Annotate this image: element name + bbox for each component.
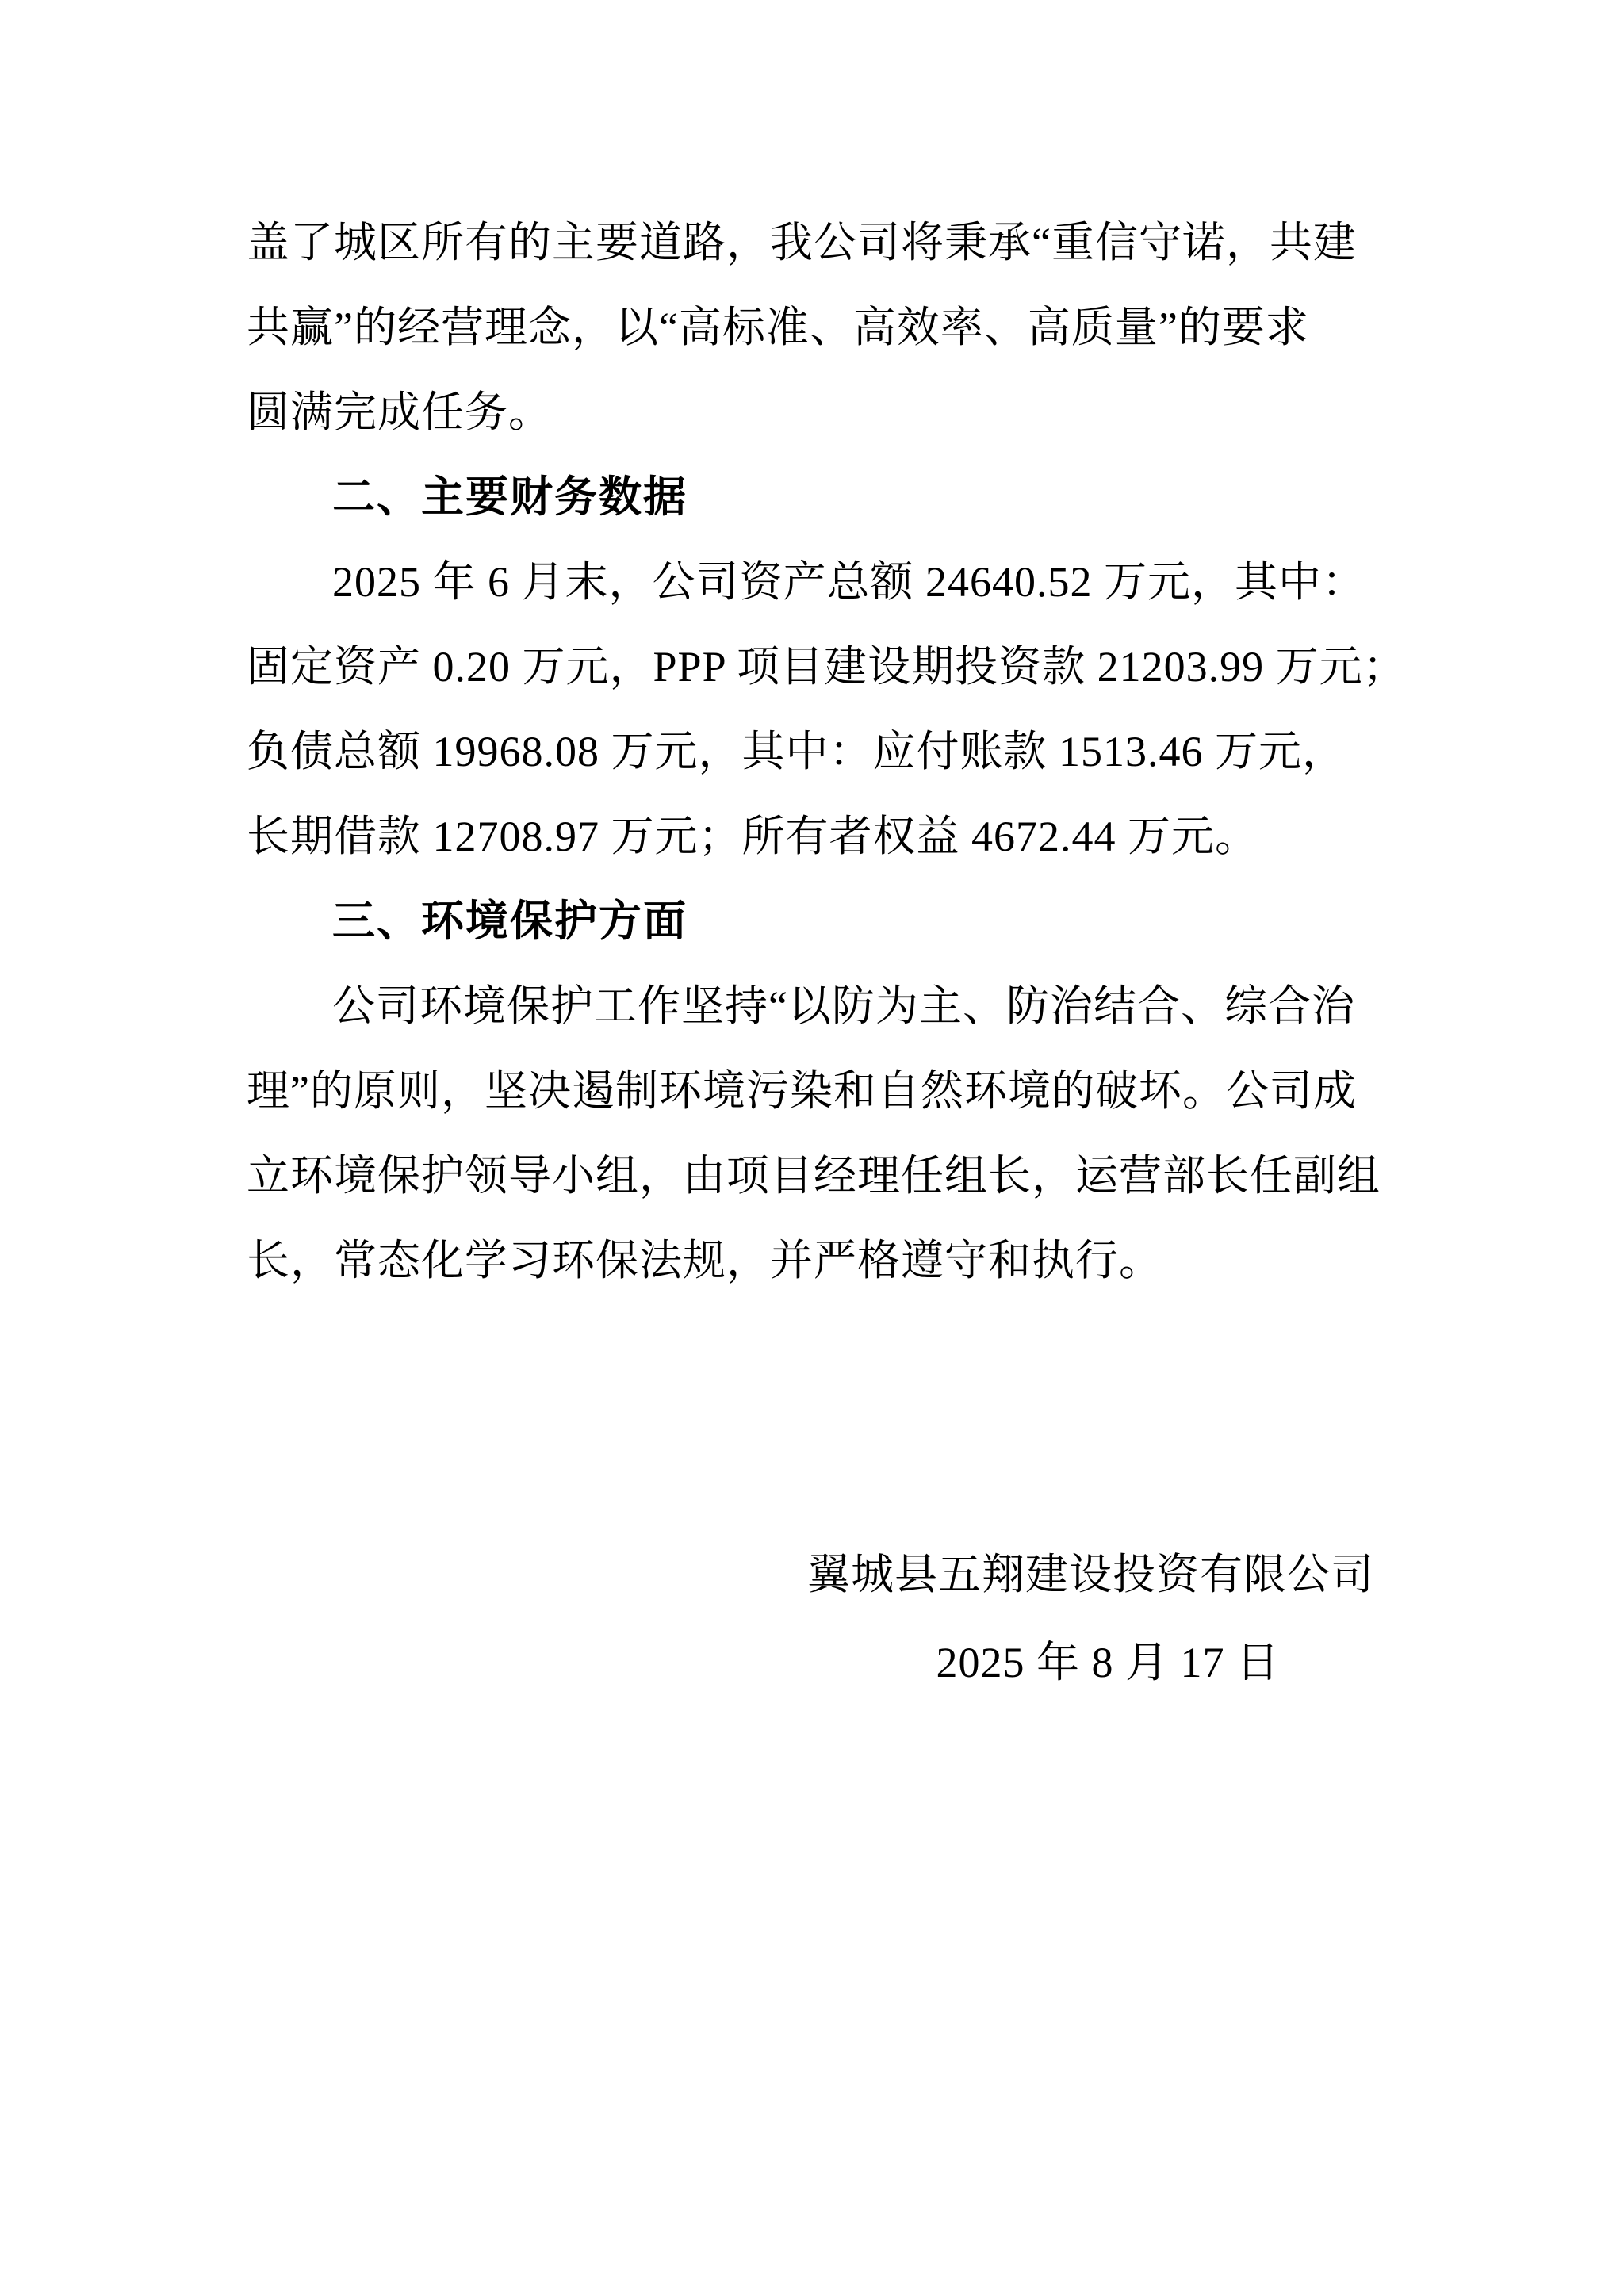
document-page: 盖了城区所有的主要道路，我公司将秉承“重信守诺，共建 共赢”的经营理念，以“高标… xyxy=(0,0,1624,2296)
section-heading-financial-data: 二、主要财务数据 xyxy=(247,455,1400,540)
paragraph-line: 理”的原则，坚决遏制环境污染和自然环境的破坏。公司成 xyxy=(247,1049,1400,1134)
section-heading-environment: 三、环境保护方面 xyxy=(247,879,1400,964)
document-body: 盖了城区所有的主要道路，我公司将秉承“重信守诺，共建 共赢”的经营理念，以“高标… xyxy=(247,201,1400,1705)
paragraph-line: 长期借款 12708.97 万元；所有者权益 4672.44 万元。 xyxy=(247,794,1400,879)
paragraph-line: 固定资产 0.20 万元，PPP 项目建设期投资款 21203.99 万元； xyxy=(247,625,1400,710)
paragraph-line: 共赢”的经营理念，以“高标准、高效率、高质量”的要求 xyxy=(247,285,1400,370)
paragraph-line: 立环境保护领导小组，由项目经理任组长，运营部长任副组 xyxy=(247,1134,1400,1219)
paragraph-line: 盖了城区所有的主要道路，我公司将秉承“重信守诺，共建 xyxy=(247,201,1400,285)
paragraph-line: 2025 年 6 月末，公司资产总额 24640.52 万元，其中： xyxy=(247,540,1400,625)
paragraph-line: 长，常态化学习环保法规，并严格遵守和执行。 xyxy=(247,1219,1400,1303)
signature-date: 2025 年 8 月 17 日 xyxy=(247,1621,1400,1705)
signature-company-name: 翼城县五翔建设投资有限公司 xyxy=(247,1533,1400,1617)
signature-block: 翼城县五翔建设投资有限公司 2025 年 8 月 17 日 xyxy=(247,1533,1400,1705)
paragraph-line: 负债总额 19968.08 万元，其中：应付账款 1513.46 万元， xyxy=(247,710,1400,794)
paragraph-line: 公司环境保护工作坚持“以防为主、防治结合、综合治 xyxy=(247,964,1400,1049)
paragraph-line: 圆满完成任务。 xyxy=(247,370,1400,455)
